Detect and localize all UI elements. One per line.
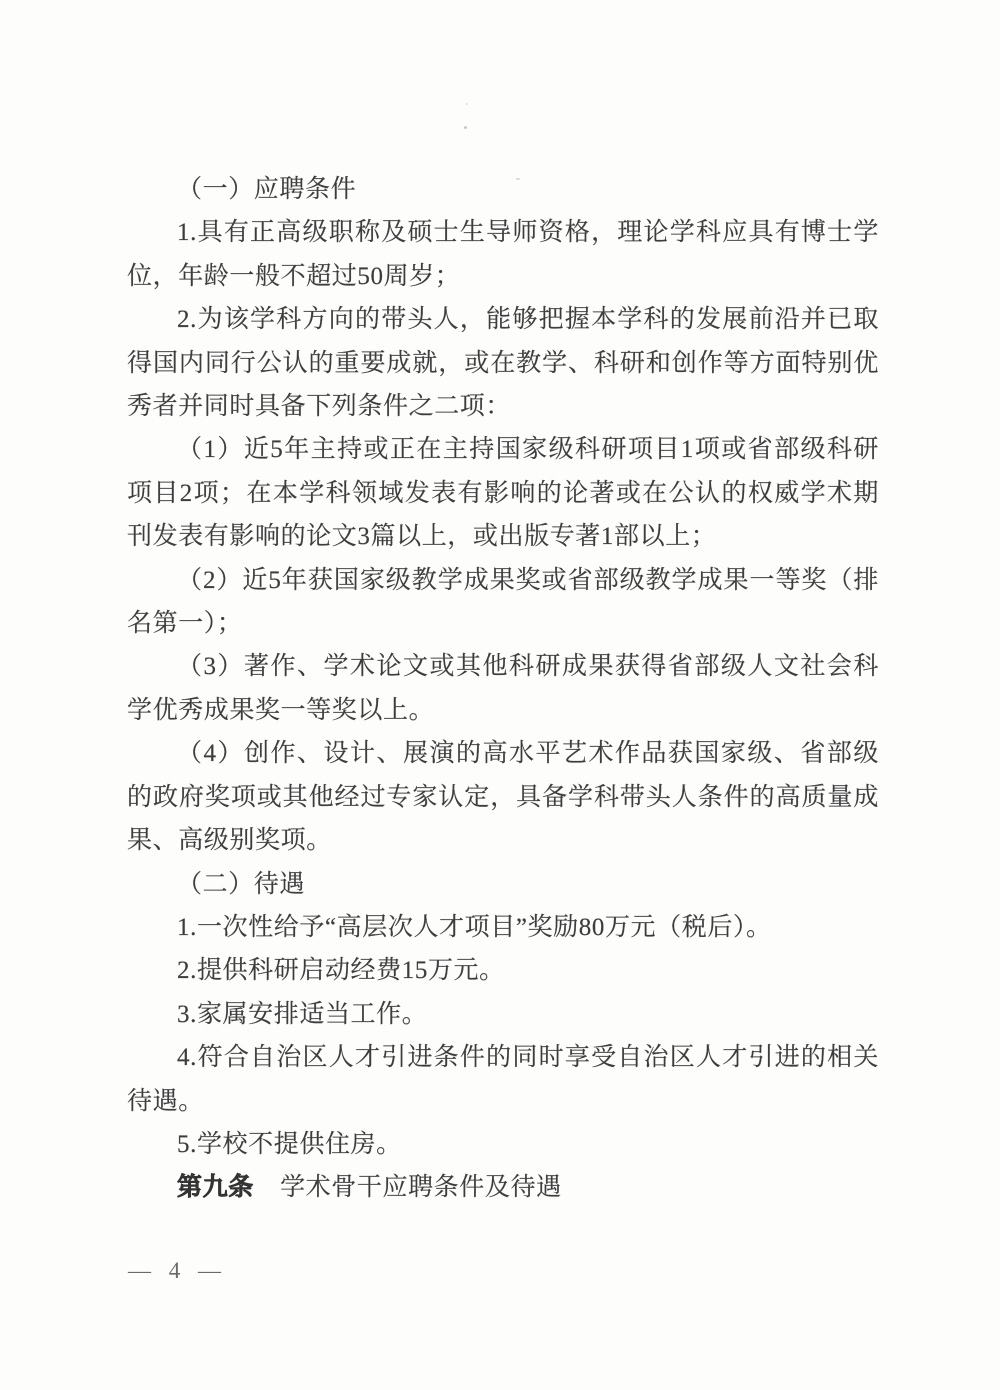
benefit-item-4: 4.符合自治区人才引进条件的同时享受自治区人才引进的相关待遇。 bbox=[127, 1036, 879, 1123]
benefit-item-3: 3.家属安排适当工作。 bbox=[127, 993, 879, 1036]
section-2-heading: （二）待遇 bbox=[127, 863, 879, 906]
document-page: （一）应聘条件1.具有正高级职称及硕士生导师资格，理论学科应具有博士学位，年龄一… bbox=[0, 0, 1000, 1390]
condition-item-1: 1.具有正高级职称及硕士生导师资格，理论学科应具有博士学位，年龄一般不超过50周… bbox=[127, 211, 879, 298]
condition-subitem-3: （3）著作、学术论文或其他科研成果获得省部级人文社会科学优秀成果奖一等奖以上。 bbox=[127, 645, 879, 732]
condition-subitem-1: （1）近5年主持或正在主持国家级科研项目1项或省部级科研项目2项；在本学科领域发… bbox=[127, 428, 879, 558]
condition-subitem-4: （4）创作、设计、展演的高水平艺术作品获国家级、省部级的政府奖项或其他经过专家认… bbox=[127, 732, 879, 862]
scan-artifact bbox=[464, 126, 467, 129]
page-number-text: — 4 — bbox=[128, 1258, 227, 1283]
benefit-item-5: 5.学校不提供住房。 bbox=[127, 1123, 879, 1166]
condition-item-2: 2.为该学科方向的带头人，能够把握本学科的发展前沿并已取得国内同行公认的重要成就… bbox=[127, 298, 879, 428]
page-number: — 4 — bbox=[128, 1258, 227, 1284]
scan-artifact bbox=[466, 103, 468, 105]
document-body: （一）应聘条件1.具有正高级职称及硕士生导师资格，理论学科应具有博士学位，年龄一… bbox=[127, 168, 879, 1210]
condition-subitem-2: （2）近5年获国家级教学成果奖或省部级教学成果一等奖（排名第一）； bbox=[127, 559, 879, 646]
benefit-item-1: 1.一次性给予“高层次人才项目”奖励80万元（税后）。 bbox=[127, 906, 879, 949]
article-number-label: 第九条 bbox=[177, 1174, 254, 1201]
benefit-item-2: 2.提供科研启动经费15万元。 bbox=[127, 949, 879, 992]
article-9-heading: 第九条学术骨干应聘条件及待遇 bbox=[127, 1166, 879, 1209]
section-1-heading: （一）应聘条件 bbox=[127, 168, 879, 211]
